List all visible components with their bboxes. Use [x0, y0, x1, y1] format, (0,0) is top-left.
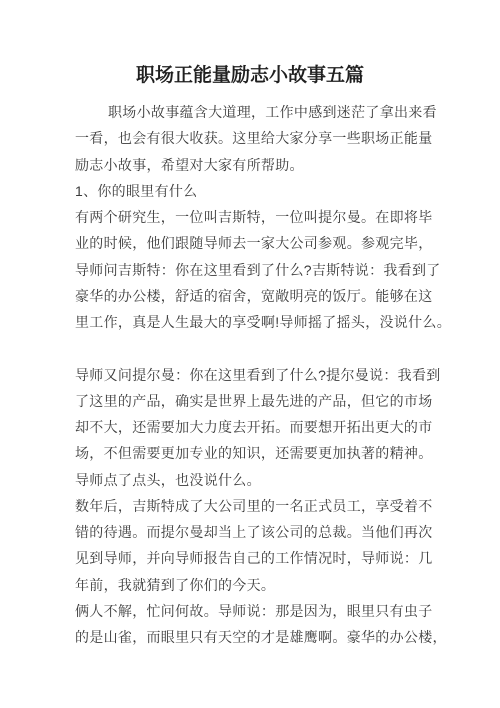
page-title: 职场正能量励志小故事五篇: [0, 0, 500, 91]
story-paragraph-2: 导师又问提尔曼：你在这里看到了什么?提尔曼说：我看到 了这里的产品，确实是世界上…: [75, 362, 445, 493]
story-paragraph-3: 数年后，吉斯特成了大公司里的一名正式员工，享受着不 错的待遇。而提尔曼却当上了该…: [75, 493, 445, 598]
document-body: 职场小故事蕴含大道理，工作中感到迷茫了拿出来看 一看，也会有很大收获。这里给大家…: [75, 99, 445, 650]
section-heading: 1、你的眼里有什么: [75, 178, 445, 204]
document-page: 职场正能量励志小故事五篇 职场小故事蕴含大道理，工作中感到迷茫了拿出来看 一看，…: [0, 0, 500, 708]
story-paragraph-1: 有两个研究生，一位叫吉斯特，一位叫提尔曼。在即将毕 业的时候，他们跟随导师去一家…: [75, 204, 445, 335]
story-paragraph-4: 俩人不解，忙问何故。导师说：那是因为，眼里只有虫子 的是山雀，而眼里只有天空的才…: [75, 598, 445, 651]
intro-paragraph: 职场小故事蕴含大道理，工作中感到迷茫了拿出来看 一看，也会有很大收获。这里给大家…: [75, 99, 445, 178]
